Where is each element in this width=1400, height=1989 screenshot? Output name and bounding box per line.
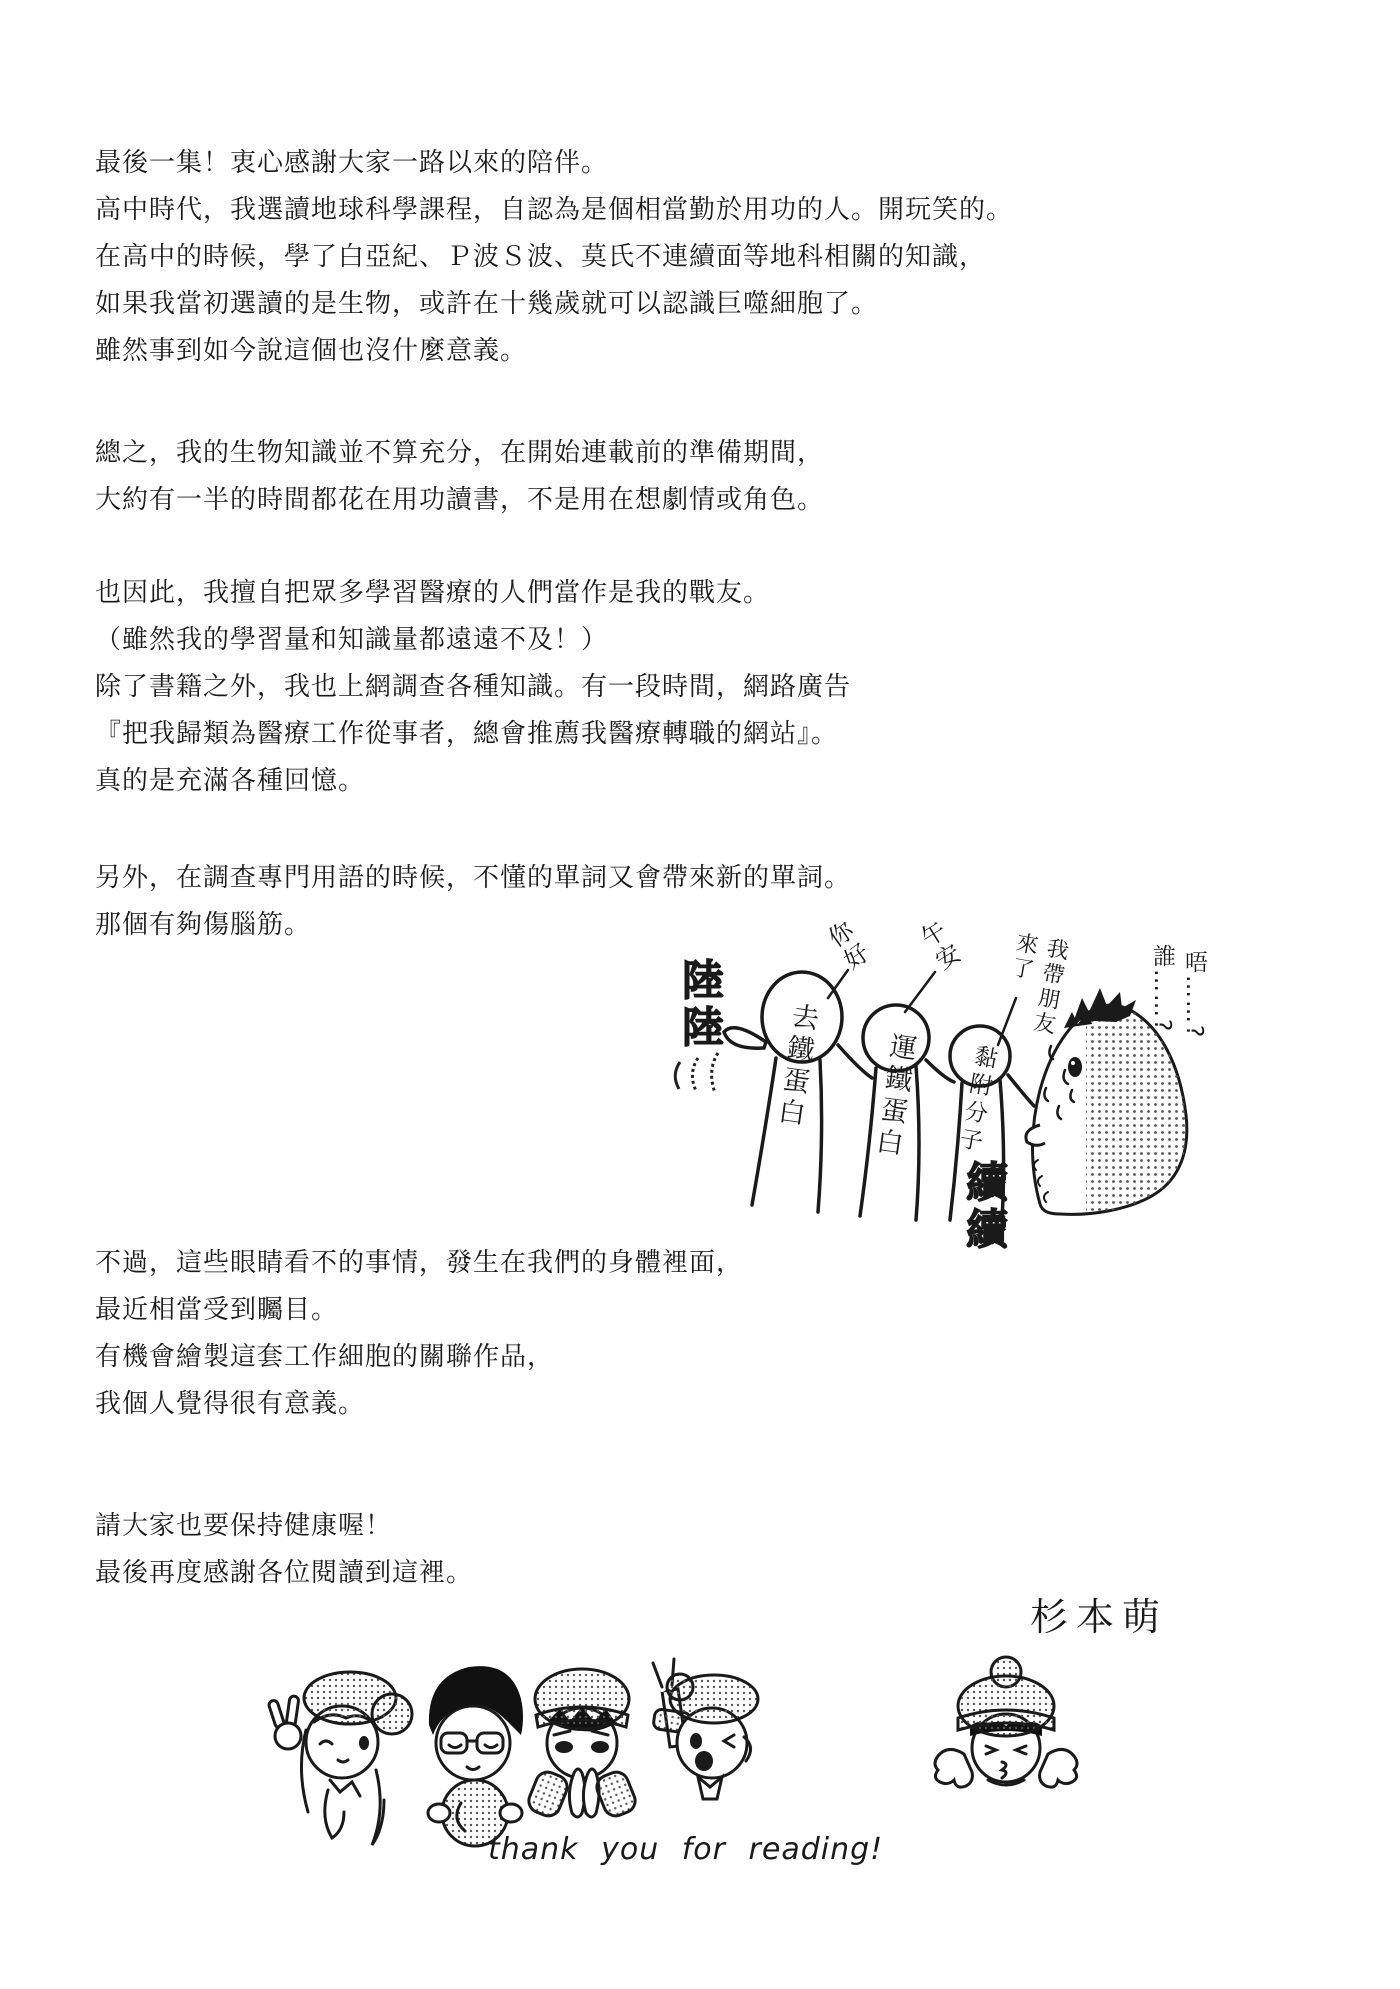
afterword-line: 真的是充滿各種回憶。 <box>95 758 851 805</box>
peace-hand <box>268 1696 301 1749</box>
thank-you-text: thank you for reading! <box>488 1832 883 1867</box>
afterword-line: 我個人覺得很有意義。 <box>95 1381 743 1428</box>
afterword-line: 除了書籍之外，我也上網調查各種知識。有一段時間，網路廣告 <box>95 664 851 711</box>
glasses-right <box>477 1733 503 1753</box>
eye <box>555 1741 573 1753</box>
afterword-page: 最後一集！衷心感謝大家一路以來的陪伴。 高中時代，我選讀地球科學課程，自認為是個… <box>0 0 1400 1989</box>
afterword-line: （雖然我的學習量和知識量都遠遠不及！） <box>95 617 851 664</box>
afterword-line: 請大家也要保持健康喔！ <box>95 1503 473 1550</box>
open-eye <box>690 1733 702 1749</box>
glasses-left <box>441 1733 467 1753</box>
sfx-riku-riku: 陸陸 <box>670 958 730 1052</box>
chibi-character-2 <box>428 1666 523 1846</box>
afterword-line: 最後一集！衷心感謝大家一路以來的陪伴。 <box>95 140 1013 187</box>
afterword-paragraph-1: 最後一集！衷心感謝大家一路以來的陪伴。 高中時代，我選讀地球科學課程，自認為是個… <box>95 140 1013 375</box>
afterword-line: 雖然事到如今說這個也沒什麼意義。 <box>95 328 1013 375</box>
open-eye <box>359 1736 369 1750</box>
scarf-tail <box>325 1790 344 1838</box>
sleeve <box>525 1769 570 1820</box>
afterword-line: 也因此，我擅自把眾多學習醫療的人們當作是我的戰友。 <box>95 570 851 617</box>
afterword-line: 高中時代，我選讀地球科學課程，自認為是個相當勤於用功的人。開玩笑的。 <box>95 187 1013 234</box>
sfx-zoku-zoku: 續續 <box>954 1160 1014 1254</box>
chibi-character-5 <box>935 1657 1077 1787</box>
afterword-line: 總之，我的生物知識並不算充分，在開始連載前的準備期間， <box>95 430 824 477</box>
scarf <box>698 1777 722 1799</box>
spread-hand-left <box>935 1749 972 1787</box>
hand <box>500 1804 522 1822</box>
afterword-paragraph-3: 也因此，我擅自把眾多學習醫療的人們當作是我的戰友。 （雖然我的學習量和知識量都遠… <box>95 570 851 805</box>
eye <box>591 1741 609 1753</box>
chibi-characters-drawing <box>230 1650 1100 1950</box>
chibi-character-3 <box>525 1669 638 1819</box>
beret-pom <box>667 1674 693 1700</box>
afterword-line: 最近相當受到矚目。 <box>95 1287 743 1334</box>
afterword-line: 另外，在調查專門用語的時候，不懂的單詞又會帶來新的單詞。 <box>95 855 851 902</box>
chibi-characters-illustration <box>230 1650 1100 1950</box>
protein-doodle-illustration: 陸陸 去鐵蛋白 你好 運鐵蛋白 午安 黏附分子 我帶朋友來了 誰……? 唔……?… <box>530 920 1250 1255</box>
afterword-line: 最後再度感謝各位閱讀到這裡。 <box>95 1550 473 1597</box>
motion-lines <box>675 1053 718 1093</box>
creature-speech-left: 誰……? <box>1146 944 1179 1033</box>
afterword-line: 有機會繪製這套工作細胞的關聯作品， <box>95 1334 743 1381</box>
praying-hands <box>569 1769 599 1817</box>
hand <box>428 1804 450 1822</box>
slug-eye-glint <box>1071 1061 1075 1065</box>
chibi-character-1 <box>268 1672 412 1845</box>
afterword-line: 大約有一半的時間都花在用功讀書，不是用在想劇情或角色。 <box>95 477 824 524</box>
afterword-paragraph-2: 總之，我的生物知識並不算充分，在開始連載前的準備期間， 大約有一半的時間都花在用… <box>95 430 824 524</box>
afterword-line: 如果我當初選讀的是生物，或許在十幾歲就可以認識巨噬細胞了。 <box>95 281 1013 328</box>
chibi-character-4 <box>653 1659 758 1799</box>
author-signature: 杉本萌 <box>1030 1586 1168 1641</box>
afterword-paragraph-6: 請大家也要保持健康喔！ 最後再度感謝各位閱讀到這裡。 <box>95 1503 473 1597</box>
slug-eye <box>1068 1057 1082 1077</box>
creature-speech-right: 唔……? <box>1178 950 1211 1039</box>
afterword-paragraph-5: 不過，這些眼睛看不的事情，發生在我們的身體裡面， 最近相當受到矚目。 有機會繪製… <box>95 1240 743 1428</box>
afterword-line: 『把我歸類為醫療工作從事者，總會推薦我醫療轉職的網站』。 <box>95 711 851 758</box>
afterword-line: 不過，這些眼睛看不的事情，發生在我們的身體裡面， <box>95 1240 743 1287</box>
afterword-line: 在高中的時候，學了白亞紀、Ｐ波Ｓ波、莫氏不連續面等地科相關的知識， <box>95 234 1013 281</box>
open-mouth <box>695 1751 713 1771</box>
ribbon <box>330 1780 360 1796</box>
spread-hand-right <box>1040 1749 1077 1787</box>
sleeve <box>593 1769 638 1820</box>
